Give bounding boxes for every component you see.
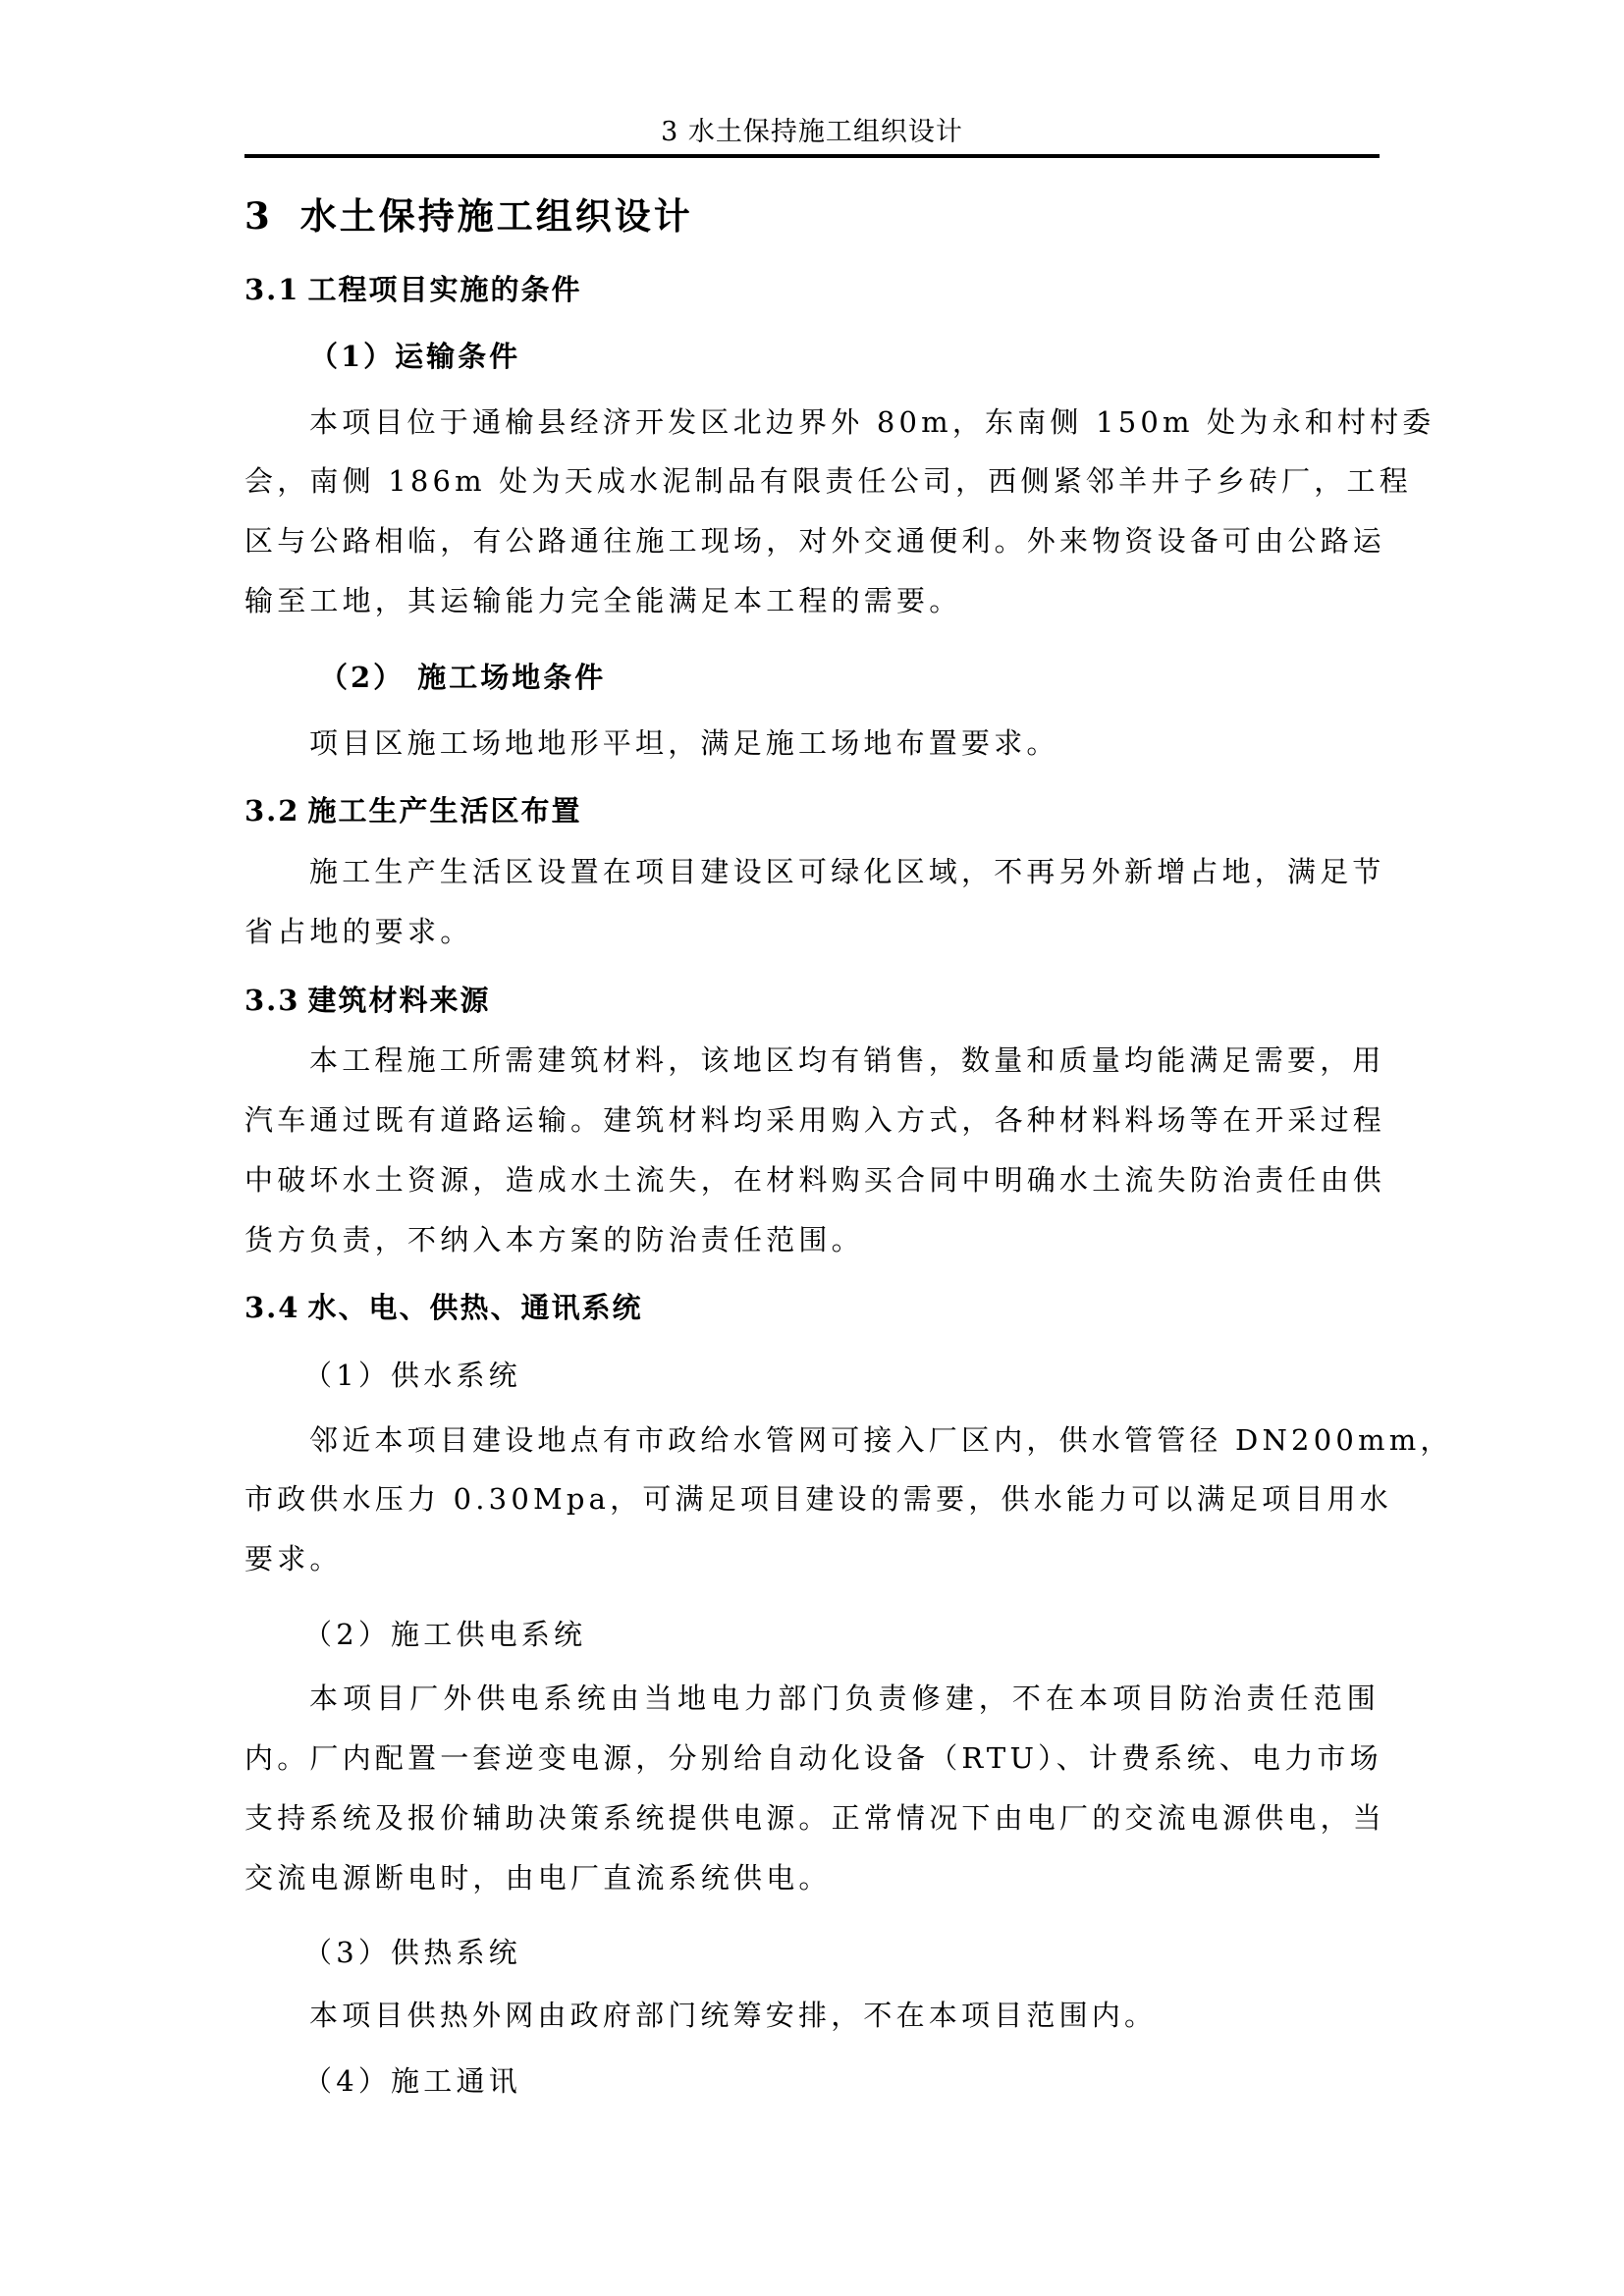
- subsection-heading-power: （2）施工供电系统: [303, 1615, 586, 1654]
- paragraph-line: 本项目供热外网由政府部门统筹安排，不在本项目范围内。: [309, 1996, 1157, 2035]
- subsection-heading-transport: （1）运输条件: [309, 337, 520, 376]
- section-number: 3.3: [244, 984, 299, 1017]
- subsection-heading-heating: （3）供热系统: [303, 1933, 521, 1972]
- section-title: 建筑材料来源: [307, 984, 490, 1017]
- section-number: 3.1: [244, 273, 299, 306]
- paragraph-line: 内。厂内配置一套逆变电源，分别给自动化设备（RTU）、计费系统、电力市场: [244, 1738, 1380, 1778]
- subsection-heading-site: （2） 施工场地条件: [319, 658, 606, 697]
- section-heading-3-4: 3.4水、电、供热、通讯系统: [244, 1288, 642, 1327]
- paragraph-line: 项目区施工场地地形平坦，满足施工场地布置要求。: [309, 723, 1059, 763]
- paragraph-line: 本工程施工所需建筑材料，该地区均有销售，数量和质量均能满足需要，用: [309, 1041, 1380, 1080]
- section-title: 水、电、供热、通讯系统: [307, 1291, 642, 1324]
- paragraph-line: 要求。: [244, 1539, 343, 1578]
- subsection-heading-communication: （4）施工通讯: [303, 2061, 521, 2101]
- paragraph-line: 区与公路相临，有公路通往施工现场，对外交通便利。外来物资设备可由公路运: [244, 521, 1380, 561]
- paragraph-line: 支持系统及报价辅助决策系统提供电源。正常情况下由电厂的交流电源供电，当: [244, 1798, 1380, 1838]
- section-title: 工程项目实施的条件: [307, 273, 581, 306]
- paragraph-line: 汽车通过既有道路运输。建筑材料均采用购入方式，各种材料料场等在开采过程: [244, 1100, 1380, 1140]
- subsection-heading-water: （1）供水系统: [303, 1356, 521, 1395]
- paragraph-line: 会，南侧 186m 处为天成水泥制品有限责任公司，西侧紧邻羊井子乡砖厂，工程: [244, 461, 1380, 501]
- section-heading-3-2: 3.2施工生产生活区布置: [244, 791, 581, 830]
- paragraph-line: 中破坏水土资源，造成水土流失，在材料购买合同中明确水土流失防治责任由供: [244, 1160, 1380, 1200]
- section-heading-3-1: 3.1工程项目实施的条件: [244, 270, 581, 309]
- paragraph-line: 交流电源断电时，由电厂直流系统供电。: [244, 1858, 832, 1897]
- paragraph-line: 施工生产生活区设置在项目建设区可绿化区域，不再另外新增占地，满足节: [309, 852, 1380, 891]
- paragraph-line: 省占地的要求。: [244, 912, 472, 951]
- section-number: 3.2: [244, 794, 299, 828]
- paragraph-line: 输至工地，其运输能力完全能满足本工程的需要。: [244, 581, 961, 620]
- section-number: 3.4: [244, 1291, 299, 1324]
- chapter-title: 水土保持施工组织设计: [300, 194, 693, 238]
- paragraph-line: 邻近本项目建设地点有市政给水管网可接入厂区内，供水管管径 DN200mm，: [309, 1420, 1380, 1460]
- section-title: 施工生产生活区布置: [307, 794, 581, 828]
- chapter-number: 3: [244, 194, 273, 238]
- paragraph-line: 本项目厂外供电系统由当地电力部门负责修建，不在本项目防治责任范围: [309, 1679, 1380, 1718]
- chapter-heading: 3水土保持施工组织设计: [244, 196, 693, 236]
- section-heading-3-3: 3.3建筑材料来源: [244, 981, 490, 1020]
- paragraph-line: 货方负责，不纳入本方案的防治责任范围。: [244, 1220, 864, 1259]
- header-rule: [244, 154, 1380, 158]
- paragraph-line: 市政供水压力 0.30Mpa，可满足项目建设的需要，供水能力可以满足项目用水: [244, 1479, 1380, 1519]
- paragraph-line: 本项目位于通榆县经济开发区北边界外 80m，东南侧 150m 处为永和村村委: [309, 402, 1380, 442]
- running-header: 3 水土保持施工组织设计: [244, 116, 1380, 149]
